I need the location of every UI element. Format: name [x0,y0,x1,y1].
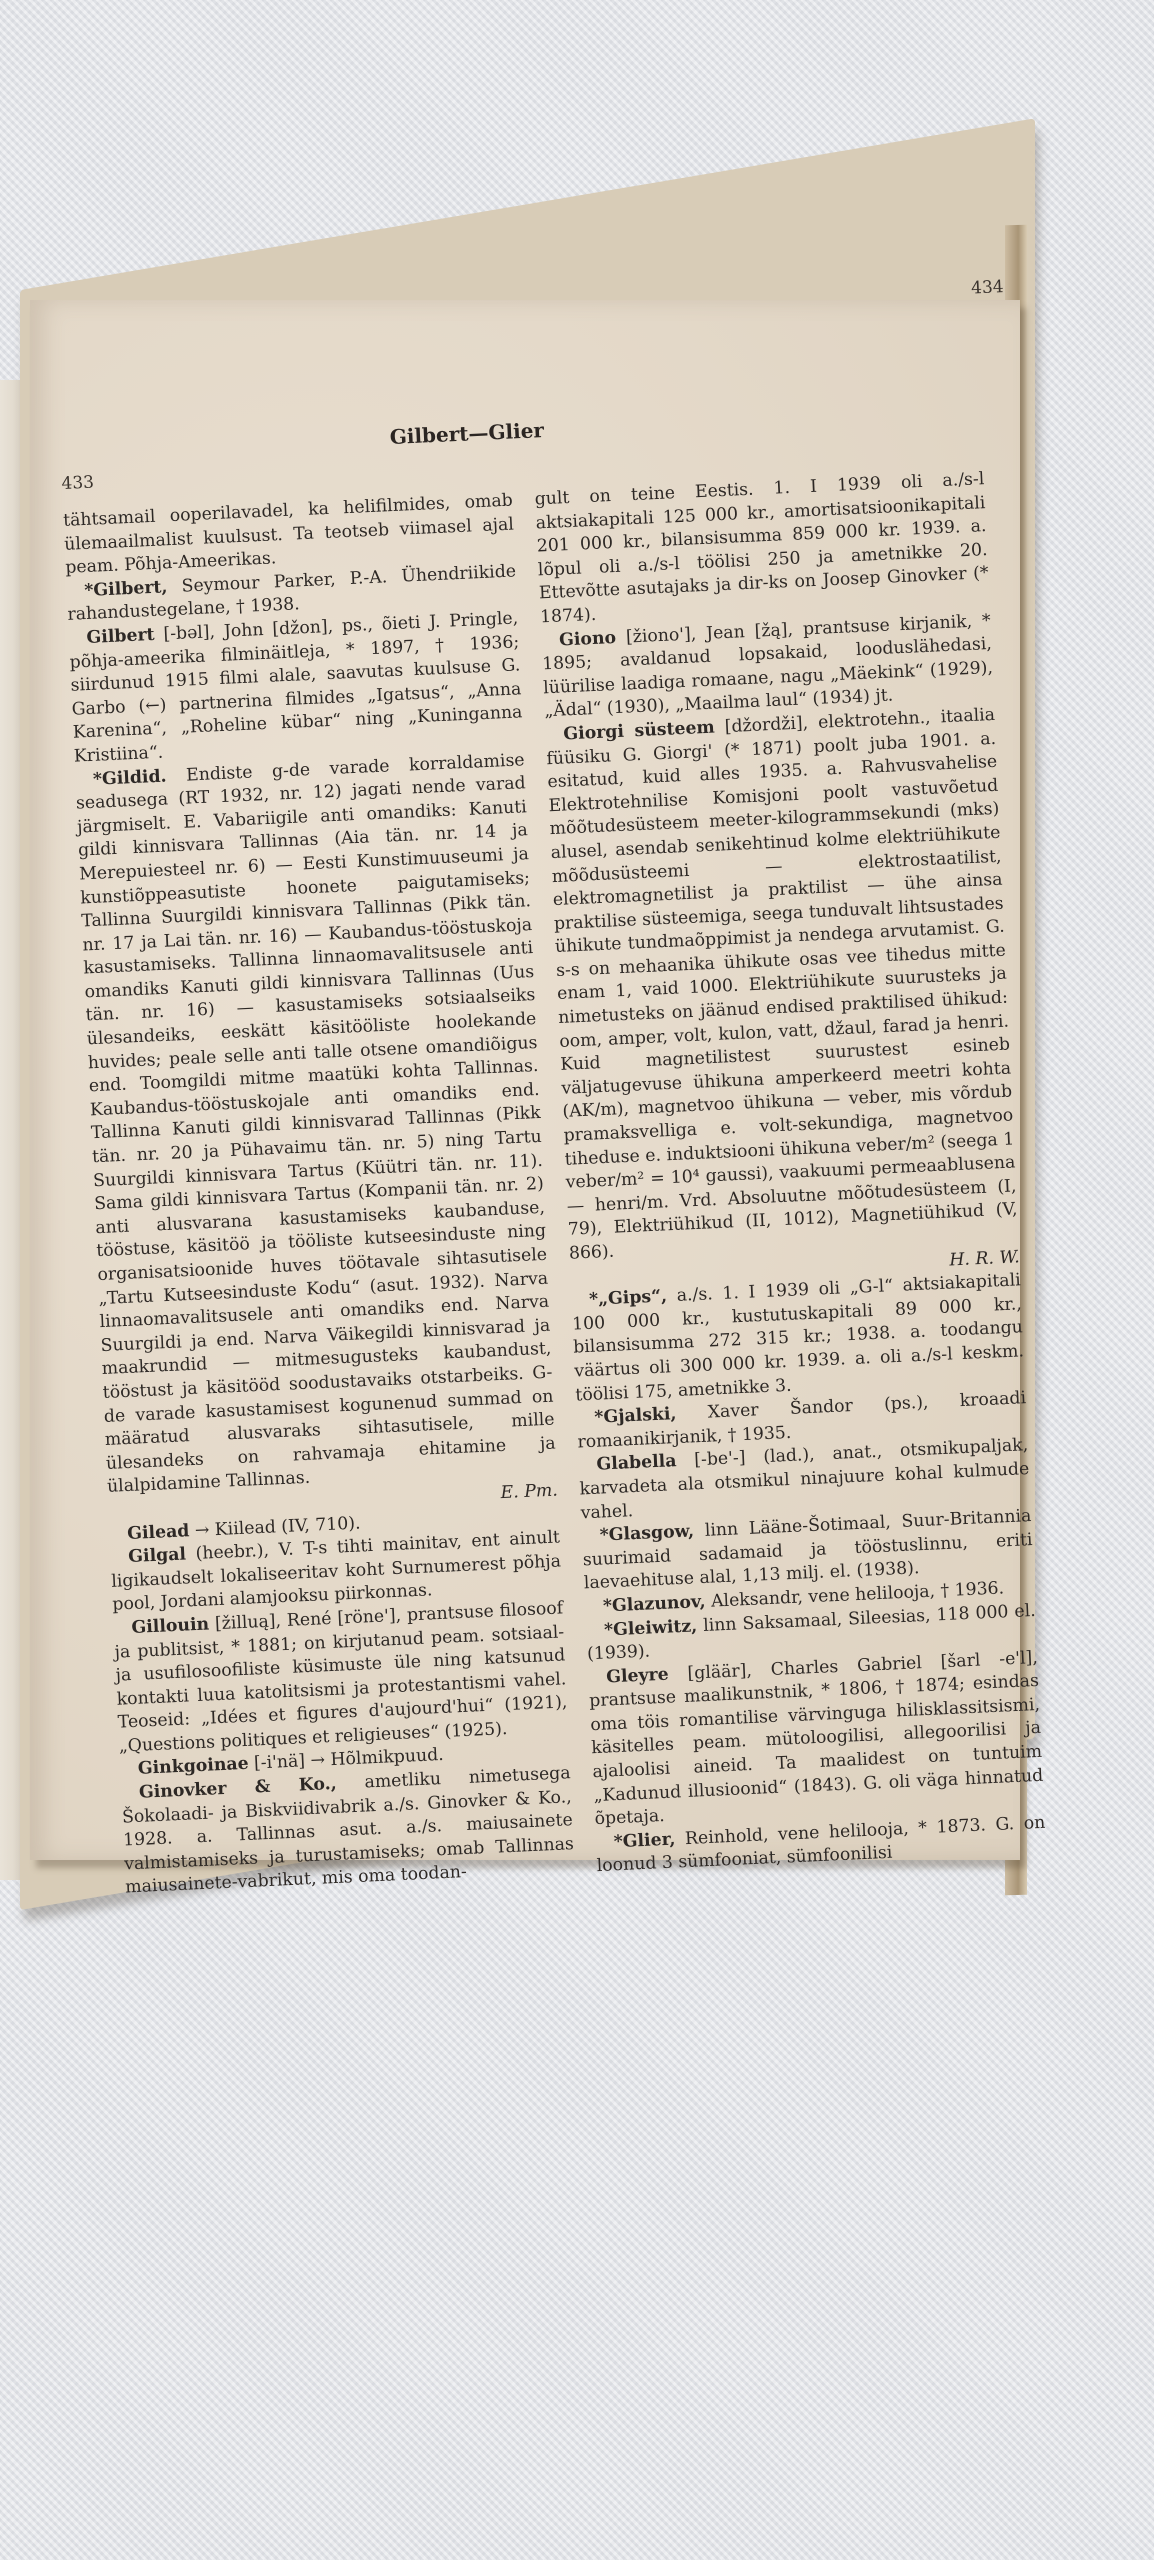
entry-text: [džordži], elektrotehn., itaalia füüsiku… [546,705,1018,1264]
right-column: gult on teine Eestis. 1. I 1939 oli a./s… [534,468,1047,1879]
dictionary-entry: Ginovker & Ko., ametliku nimetusega Šoko… [121,1762,576,1900]
dictionary-entry: Gillouin [žilluą], René [röne'], prantsu… [113,1597,569,1759]
dictionary-entry: *Gildid. Endiste g-de varade korraldamis… [74,749,557,1500]
entry-headword: *Gilbert, [84,577,168,601]
page-content: 433 Gilbert—Glier 434 tähtsamail ooperil… [60,408,1055,1901]
dictionary-entry: Gilbert [-bəl], John [džon], ps., õieti … [68,607,524,769]
entry-text: gult on teine Eestis. 1. I 1939 oli a./s… [534,469,989,627]
entry-headword: *Gjalski, [594,1404,677,1428]
text-columns: tähtsamail ooperilavadel, ka helifilmide… [63,468,1055,1901]
page-number-right: 434 [971,277,1004,298]
entry-headword: Giono [559,628,617,651]
entry-headword: Gilgal [128,1545,187,1568]
entry-continuation: gult on teine Eestis. 1. I 1939 oli a./s… [534,468,990,630]
entry-headword: *Glier, [613,1829,676,1852]
entry-text: Endiste g-de varade korraldamise seaduse… [76,750,556,1497]
dictionary-entry: Giorgi süsteem [džordži], elektrotehn., … [545,704,1019,1267]
entry-headword: Giorgi süsteem [563,718,715,745]
entry-headword: *„Gips“, [589,1287,668,1311]
left-column: tähtsamail ooperilavadel, ka helifilmide… [63,490,576,1901]
dictionary-entry: *„Gips“, a./s. 1. I 1939 oli „G-l“ aktsi… [571,1269,1026,1407]
entry-headword: *Glazunov, [603,1592,706,1617]
entry-headword: Gillouin [131,1614,210,1638]
entry-headword: Glabella [596,1451,677,1475]
entry-headword: *Gildid. [93,766,168,789]
page-number-left: 433 [61,473,94,494]
entry-headword: Ginkgoinae [137,1754,249,1779]
entry-headword: *Gleiwitz, [604,1616,698,1640]
entry-headword: Gleyre [606,1664,669,1687]
dictionary-entry: Gleyre [gläär], Charles Gabriel [šarl -e… [588,1647,1045,1832]
entry-headword: *Glasgow, [599,1521,694,1545]
entry-headword: Gilbert [86,625,155,648]
entry-headword: Gilead [127,1521,190,1544]
